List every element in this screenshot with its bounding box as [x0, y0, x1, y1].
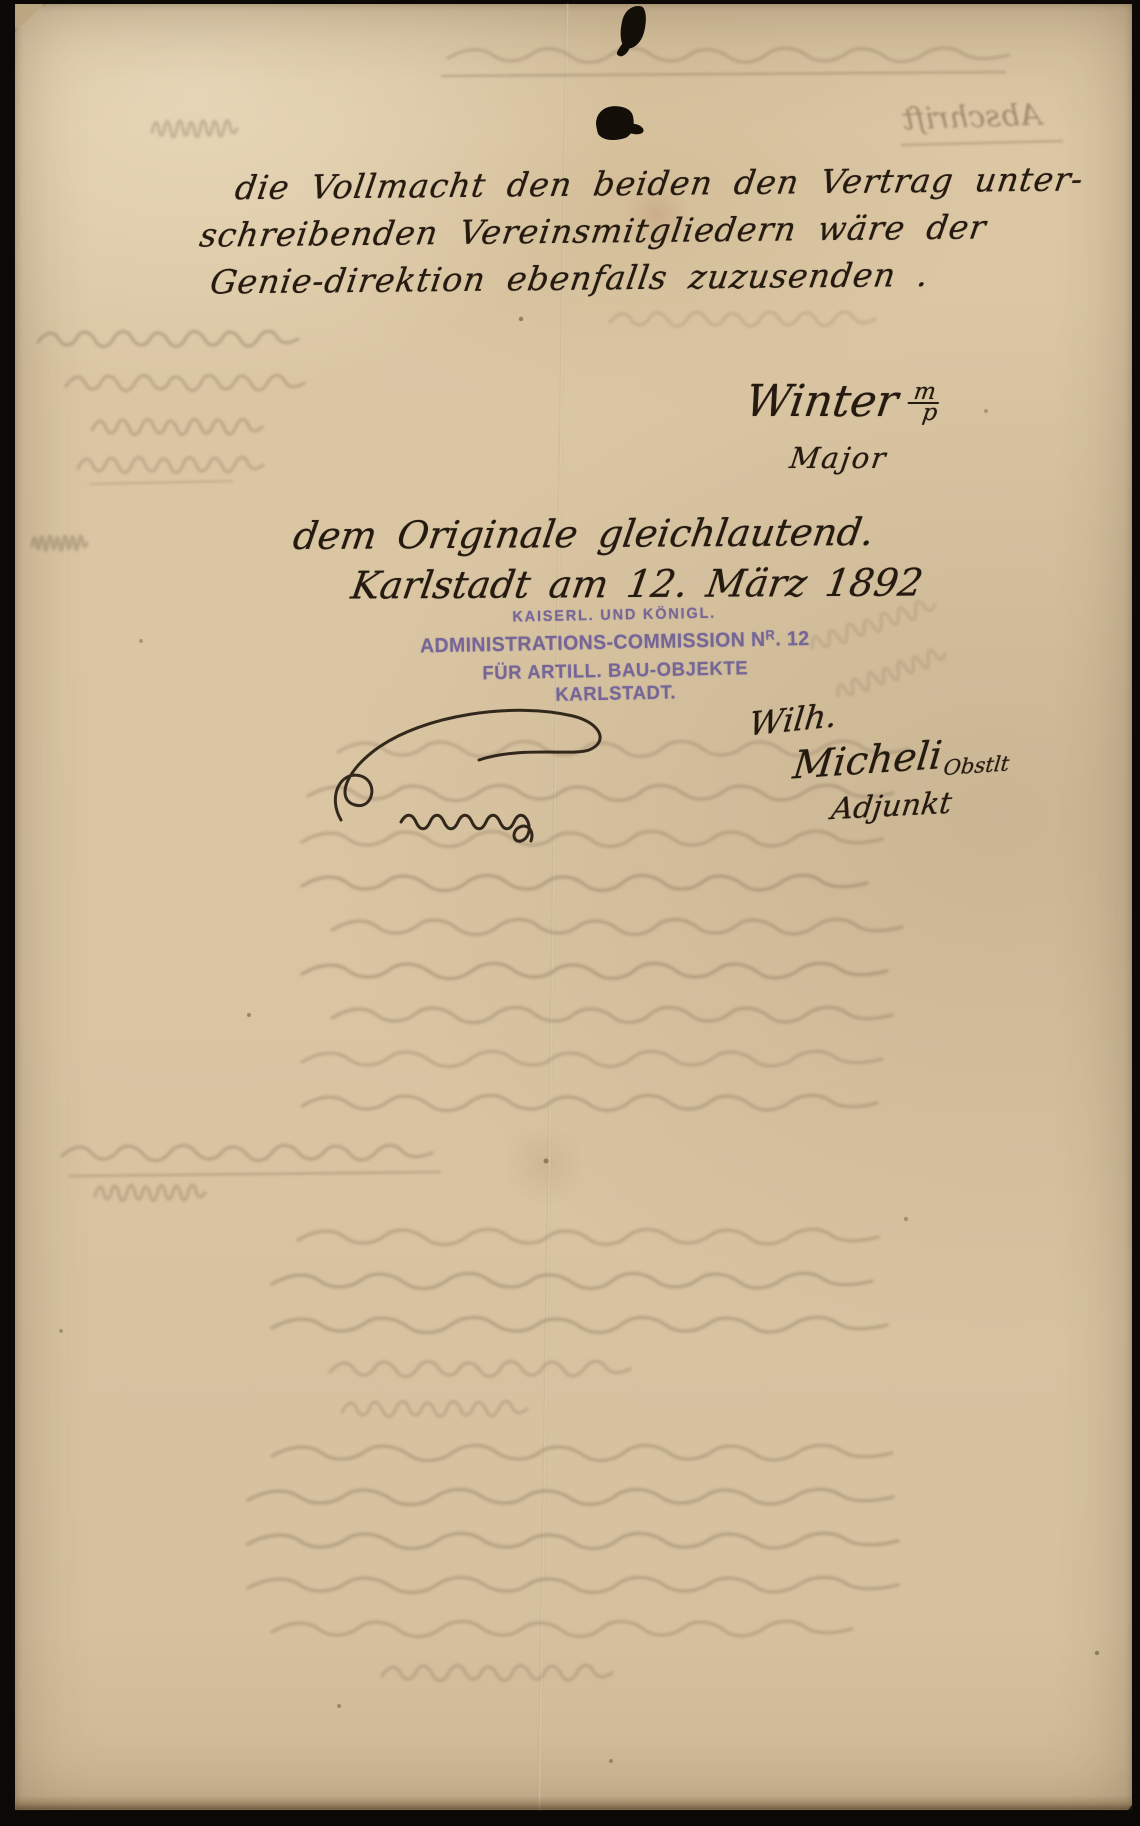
stamp-line-2: ADMINISTRATIONS-COMMISSION NR. 12	[420, 626, 810, 658]
scanned-document-page: Abschrift die Vollmacht den beiden den V…	[0, 0, 1140, 1826]
signature-micheli-surname: Micheli	[791, 733, 945, 788]
signature-winter: Wintermp	[742, 376, 943, 427]
rank-obstlt: Obstlt	[942, 751, 1010, 779]
paragraph-line-3: Genie-direktion ebenfalls zuzusenden .	[207, 249, 1088, 305]
official-stamp: KAISERL. UND KÖNIGL. ADMINISTRATIONS-COM…	[419, 603, 811, 708]
certification-statement: dem Originale gleichlautend.	[290, 510, 877, 558]
title-adjunkt: Adjunkt	[829, 786, 953, 827]
stamp-superscript-r: R	[765, 627, 775, 643]
rank-major: Major	[788, 441, 890, 475]
certification-place-date: Karlstadt am 12. März 1892	[348, 561, 925, 608]
paper-specks	[0, 0, 2, 2]
signature-flourish	[283, 698, 628, 848]
signature-winter-name: Winter	[742, 376, 901, 427]
bottom-page-curl	[15, 1796, 1132, 1810]
handwritten-paragraph: die Vollmacht den beiden den Vertrag unt…	[199, 155, 1084, 305]
manu-propria-mark: mp	[905, 383, 942, 423]
ghost-abschrift: Abschrift	[901, 98, 1042, 138]
